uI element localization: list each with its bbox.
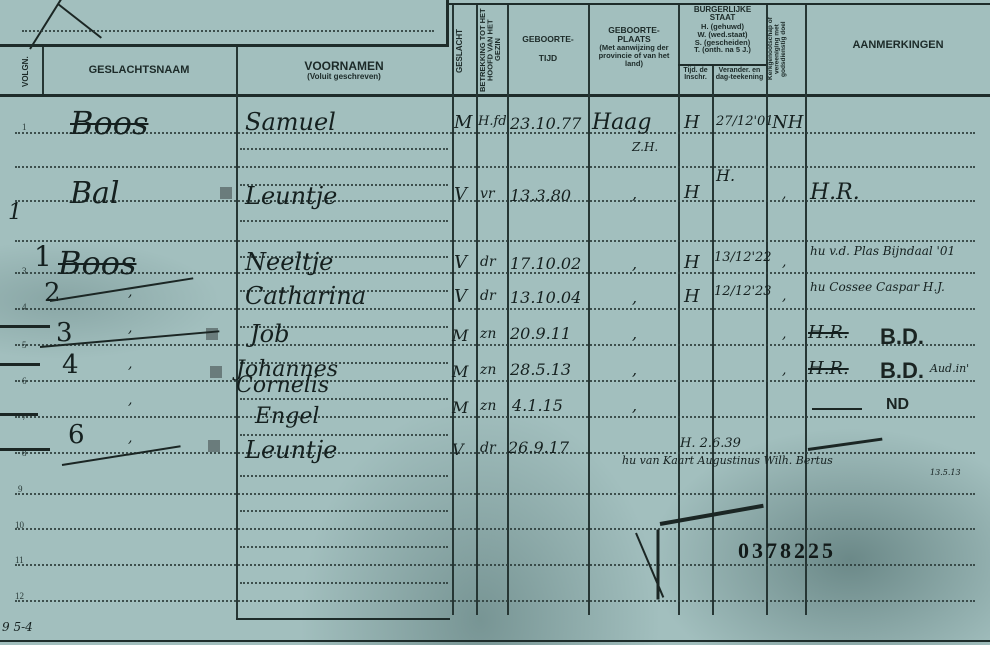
header-geslachtsnaam: GESLACHTSNAAM xyxy=(44,65,234,77)
row-number: 4 xyxy=(22,302,27,312)
birthdate-cell: 13.10.04 xyxy=(510,288,581,307)
nd-stamp: ND xyxy=(886,396,909,414)
church-cell: , xyxy=(782,362,786,378)
remarks-cell: H.R. xyxy=(810,180,860,205)
row-number: 9 xyxy=(18,484,23,494)
serial-number: 0378225 xyxy=(738,538,836,564)
remarks-cell: hu v.d. Plas Bijndaal '01 xyxy=(810,244,960,259)
stamp-note: Aud.in' xyxy=(930,362,969,375)
civil-status-cell: H xyxy=(684,252,700,273)
footer-note: 9 5-4 xyxy=(2,620,33,634)
given-name-cell: Catharina xyxy=(245,282,366,310)
header-betrekking: BETREKKING TOT HET HOOFD VAN HET GEZIN xyxy=(479,8,505,92)
given-name-cell: Engel xyxy=(255,404,319,429)
given-name-cell: Samuel xyxy=(245,108,336,136)
civil-status-date-cell: 13/12'22 xyxy=(714,250,772,265)
header-geboorteplaats-sub: (Met aanwijzing der provincie of van het… xyxy=(590,44,678,68)
birthplace-cell: , xyxy=(632,360,637,379)
relation-cell: dr xyxy=(480,288,496,304)
header-volgnr: VOLGN. xyxy=(22,52,34,92)
row-number: 11 xyxy=(15,555,24,565)
relation-cell: dr xyxy=(480,254,496,270)
volgnr-mark: 4 xyxy=(62,350,79,380)
remarks-date: 13.5.13 xyxy=(930,468,961,477)
strike-mark xyxy=(0,363,40,366)
bd-stamp: B.D. xyxy=(880,358,924,384)
strike-mark xyxy=(0,448,50,451)
birthplace-cell: , xyxy=(632,288,637,307)
birthdate-cell: 4.1.15 xyxy=(512,396,563,415)
given-name-cell: Leuntje xyxy=(245,182,337,210)
row-number: 10 xyxy=(15,520,24,530)
surname-cell: Boos xyxy=(58,244,136,282)
birthplace-cell: , xyxy=(632,184,637,203)
strike-mark xyxy=(808,438,883,451)
birthdate-cell: 13.3.80 xyxy=(510,186,571,205)
header-voornamen-sub: (Voluit geschreven) xyxy=(238,73,450,81)
surname-ditto: , xyxy=(128,392,132,408)
sex-cell: M xyxy=(452,326,468,345)
surname-ditto: , xyxy=(128,320,132,336)
remarks-cell: hu van Kaart Augustinus Wilh. Bertus xyxy=(622,454,833,467)
strike-mark xyxy=(0,413,38,416)
relation-cell: zn xyxy=(480,398,496,414)
birthplace-cell: Haag xyxy=(592,110,652,135)
given-name-cell: Neeltje xyxy=(245,248,333,276)
row-number: 12 xyxy=(15,591,24,601)
church-cell: , xyxy=(782,254,786,270)
civil-status-date-cell: H. xyxy=(716,166,735,185)
sex-cell: M xyxy=(452,398,468,417)
row-number: 5 xyxy=(22,340,27,350)
header-geboortetijd-1: GEBOORTE- xyxy=(508,35,588,44)
church-cell: , xyxy=(782,186,786,202)
strike-mark xyxy=(0,325,50,328)
header-geboortetijd: GEBOORTE- TIJD xyxy=(508,35,588,63)
check-mark xyxy=(657,530,660,600)
relation-cell: vr xyxy=(480,186,495,202)
given-name-cell: Leuntje xyxy=(245,436,337,464)
sex-cell: M xyxy=(452,362,468,381)
birthplace-cell: , xyxy=(632,396,637,415)
civil-status-cell: H. 2.6.39 xyxy=(680,436,741,451)
corner-pen-mark xyxy=(29,0,73,50)
given-name-cell: Job xyxy=(250,320,289,348)
ink-smudge xyxy=(208,440,220,452)
given-name-cell: Johannes Cornelis xyxy=(236,362,416,394)
row-number: 6 xyxy=(22,376,27,386)
sex-cell: V xyxy=(454,184,467,205)
relation-cell: zn xyxy=(480,326,496,342)
header-voornamen-label: VOORNAMEN xyxy=(304,59,383,73)
bd-stamp: B.D. xyxy=(880,324,924,350)
row-number: 1 xyxy=(22,122,27,132)
volgnr-mark: 6 xyxy=(68,420,85,450)
sex-cell: V xyxy=(454,286,467,307)
volgnr-mark: 2 xyxy=(44,278,61,308)
relation-cell: dr xyxy=(480,440,496,456)
birthplace-cell: , xyxy=(632,324,637,343)
church-cell: , xyxy=(782,288,786,304)
birthdate-cell: 20.9.11 xyxy=(510,324,571,343)
civil-status-cell: H xyxy=(684,286,700,307)
header-burgerlijke-staat: BURGERLIJKE STAAT H. (gehuwd) W. (wed.st… xyxy=(679,6,766,54)
header-bs-verander: Verander. en dag-teekening xyxy=(713,67,766,82)
birthplace-cell: , xyxy=(632,254,637,273)
ink-smudge xyxy=(220,187,232,199)
volgnr-mark: 1 xyxy=(8,200,22,225)
birthdate-cell: 17.10.02 xyxy=(510,254,581,273)
civil-status-cell: H xyxy=(684,112,700,133)
header-geboortetijd-2: TIJD xyxy=(508,54,588,63)
ink-smudge xyxy=(210,366,222,378)
header-geslacht: GESLACHT xyxy=(456,12,472,90)
relation-cell: zn xyxy=(480,362,496,378)
birthplace-sub-cell: Z.H. xyxy=(632,140,658,154)
sex-cell: V xyxy=(452,440,464,459)
surname-ditto: , xyxy=(128,430,132,446)
header-bs-t: T. (onth. na 5 J.) xyxy=(679,46,766,54)
remarks-cell: H.R. xyxy=(808,322,849,343)
header-voornamen: VOORNAMEN (Voluit geschreven) xyxy=(238,60,450,81)
row-number: 3 xyxy=(22,266,27,276)
church-cell: , xyxy=(782,326,786,342)
surname-ditto: , xyxy=(128,356,132,372)
strike-mark xyxy=(812,408,862,410)
surname-cell: Boos xyxy=(70,104,148,142)
civil-status-date-cell: 27/12'01 xyxy=(716,114,774,129)
sex-cell: M xyxy=(454,112,472,133)
civil-status-cell: H xyxy=(684,182,700,203)
corner-pen-mark xyxy=(57,3,102,38)
church-cell: NH xyxy=(772,112,803,133)
birthdate-cell: 28.5.13 xyxy=(510,360,571,379)
relation-cell: H.fd xyxy=(478,114,507,129)
remarks-cell: hu Cossee Caspar H.J. xyxy=(810,280,960,295)
civil-status-date-cell: 12/12'23 xyxy=(714,284,772,299)
birthdate-cell: 23.10.77 xyxy=(510,114,581,133)
remarks-cell: H.R. xyxy=(808,358,849,379)
register-card: VOLGN. GESLACHTSNAAM VOORNAMEN (Voluit g… xyxy=(0,0,990,645)
header-kerkgenootschap: Kerkgenootschap of vereeniging met godsd… xyxy=(768,6,804,92)
sex-cell: V xyxy=(454,252,467,273)
surname-cell: Bal xyxy=(70,176,120,211)
header-bs-tijd: Tijd. de Inschr. xyxy=(679,67,712,82)
birthdate-cell: 26.9.17 xyxy=(508,438,569,457)
volgnr-mark: 1 xyxy=(34,240,52,273)
header-geboorteplaats: GEBOORTE- PLAATS (Met aanwijzing der pro… xyxy=(590,26,678,67)
header-aanmerkingen: AANMERKINGEN xyxy=(806,40,990,52)
